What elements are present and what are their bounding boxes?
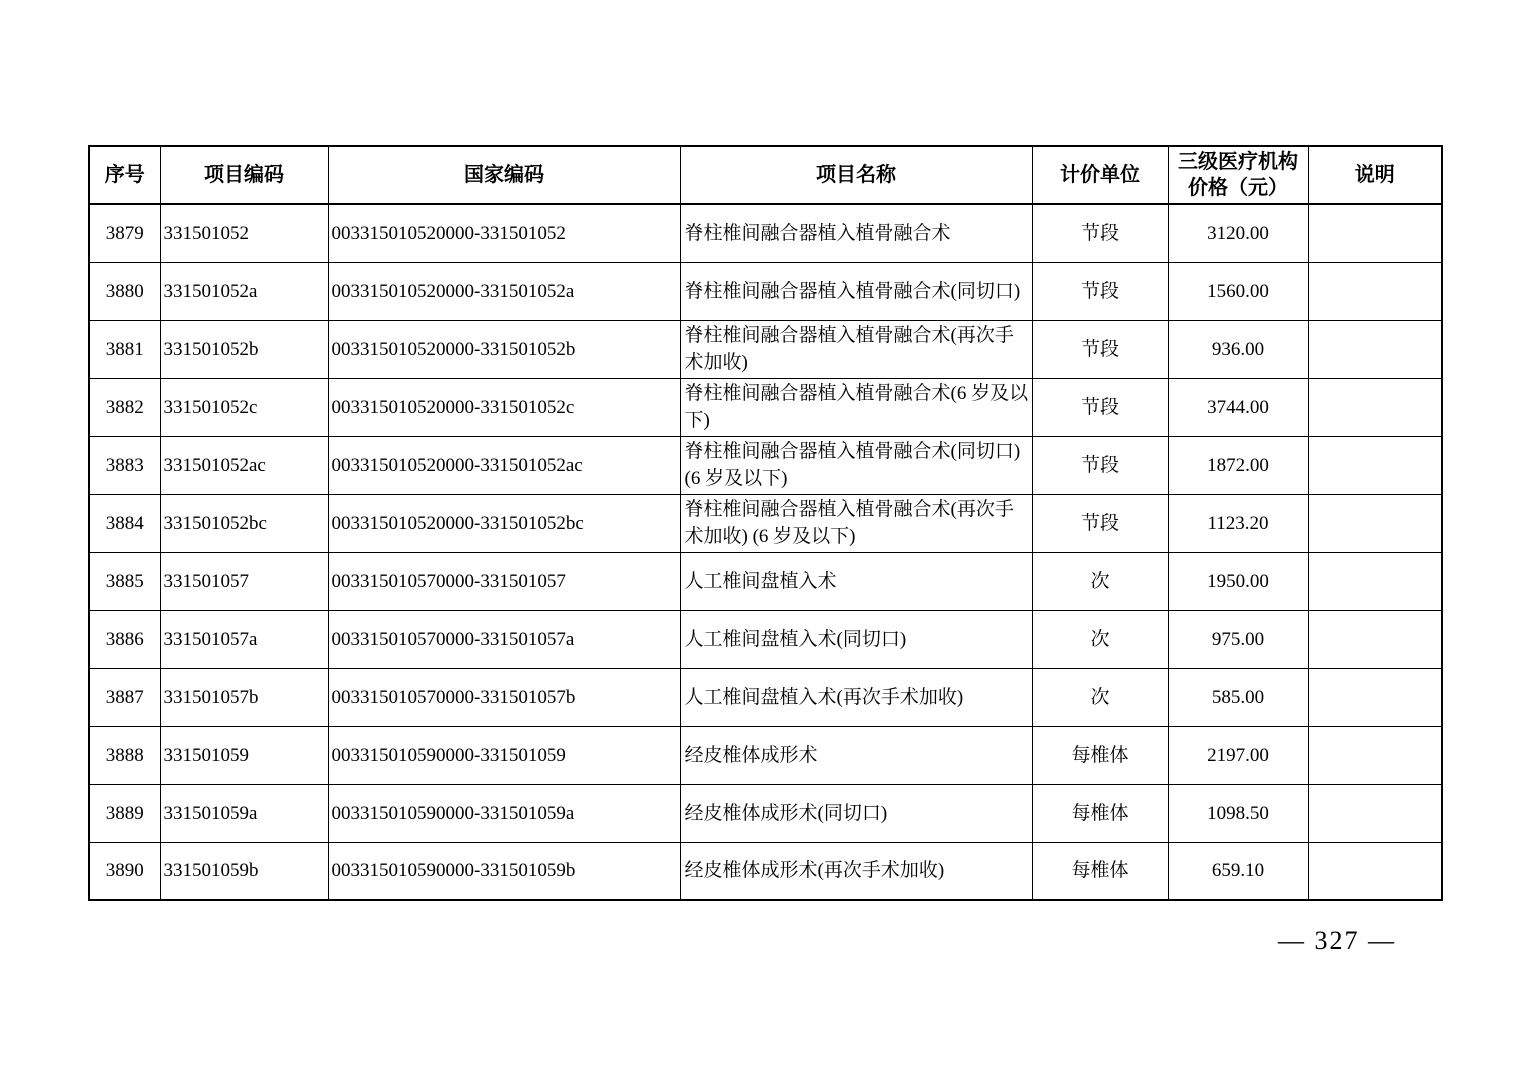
item-name-cell: 人工椎间盘植入术(同切口) — [680, 610, 1032, 668]
header-seq: 序号 — [89, 146, 160, 204]
table-row: 3887 331501057b 003315010570000-33150105… — [89, 668, 1442, 726]
table-row: 3883 331501052ac 003315010520000-3315010… — [89, 436, 1442, 494]
seq-cell: 3888 — [89, 726, 160, 784]
seq-cell: 3886 — [89, 610, 160, 668]
table-body: 3879 331501052 003315010520000-331501052… — [89, 204, 1442, 900]
unit-cell: 每椎体 — [1032, 842, 1168, 900]
header-row: 序号 项目编码 国家编码 项目名称 计价单位 三级医疗机构 价格（元） 说明 — [89, 146, 1442, 204]
item-code-cell: 331501057 — [160, 552, 328, 610]
price-cell: 2197.00 — [1168, 726, 1308, 784]
note-cell — [1308, 320, 1442, 378]
item-name-cell: 人工椎间盘植入术 — [680, 552, 1032, 610]
price-cell: 3120.00 — [1168, 204, 1308, 262]
price-cell: 1950.00 — [1168, 552, 1308, 610]
seq-cell: 3884 — [89, 494, 160, 552]
price-cell: 1560.00 — [1168, 262, 1308, 320]
item-name-cell: 脊柱椎间融合器植入植骨融合术(6 岁及以下) — [680, 378, 1032, 436]
item-name-cell: 脊柱椎间融合器植入植骨融合术 — [680, 204, 1032, 262]
national-code-cell: 003315010520000-331501052 — [328, 204, 680, 262]
price-cell: 3744.00 — [1168, 378, 1308, 436]
header-item-code: 项目编码 — [160, 146, 328, 204]
table-row: 3882 331501052c 003315010520000-33150105… — [89, 378, 1442, 436]
item-name-cell: 经皮椎体成形术(再次手术加收) — [680, 842, 1032, 900]
national-code-cell: 003315010520000-331501052a — [328, 262, 680, 320]
national-code-cell: 003315010590000-331501059b — [328, 842, 680, 900]
seq-cell: 3890 — [89, 842, 160, 900]
price-cell: 585.00 — [1168, 668, 1308, 726]
item-code-cell: 331501059b — [160, 842, 328, 900]
unit-cell: 节段 — [1032, 320, 1168, 378]
national-code-cell: 003315010590000-331501059a — [328, 784, 680, 842]
national-code-cell: 003315010520000-331501052ac — [328, 436, 680, 494]
unit-cell: 次 — [1032, 668, 1168, 726]
header-price-line1: 三级医疗机构 — [1169, 149, 1308, 175]
item-code-cell: 331501052ac — [160, 436, 328, 494]
header-national-code: 国家编码 — [328, 146, 680, 204]
national-code-cell: 003315010590000-331501059 — [328, 726, 680, 784]
note-cell — [1308, 668, 1442, 726]
document-page: 序号 项目编码 国家编码 项目名称 计价单位 三级医疗机构 价格（元） 说明 3… — [0, 0, 1520, 1074]
item-code-cell: 331501052a — [160, 262, 328, 320]
note-cell — [1308, 378, 1442, 436]
unit-cell: 次 — [1032, 610, 1168, 668]
national-code-cell: 003315010520000-331501052c — [328, 378, 680, 436]
page-number: — 327 — — [1278, 926, 1396, 956]
table-row: 3884 331501052bc 003315010520000-3315010… — [89, 494, 1442, 552]
table-row: 3880 331501052a 003315010520000-33150105… — [89, 262, 1442, 320]
price-cell: 975.00 — [1168, 610, 1308, 668]
item-code-cell: 331501059a — [160, 784, 328, 842]
table-row: 3888 331501059 003315010590000-331501059… — [89, 726, 1442, 784]
item-code-cell: 331501052b — [160, 320, 328, 378]
seq-cell: 3885 — [89, 552, 160, 610]
item-code-cell: 331501059 — [160, 726, 328, 784]
price-cell: 936.00 — [1168, 320, 1308, 378]
table-row: 3881 331501052b 003315010520000-33150105… — [89, 320, 1442, 378]
item-code-cell: 331501057b — [160, 668, 328, 726]
note-cell — [1308, 726, 1442, 784]
note-cell — [1308, 552, 1442, 610]
table-row: 3879 331501052 003315010520000-331501052… — [89, 204, 1442, 262]
price-cell: 1123.20 — [1168, 494, 1308, 552]
table-row: 3890 331501059b 003315010590000-33150105… — [89, 842, 1442, 900]
item-code-cell: 331501057a — [160, 610, 328, 668]
seq-cell: 3881 — [89, 320, 160, 378]
seq-cell: 3883 — [89, 436, 160, 494]
unit-cell: 每椎体 — [1032, 726, 1168, 784]
national-code-cell: 003315010570000-331501057 — [328, 552, 680, 610]
national-code-cell: 003315010570000-331501057a — [328, 610, 680, 668]
table-row: 3886 331501057a 003315010570000-33150105… — [89, 610, 1442, 668]
table-row: 3885 331501057 003315010570000-331501057… — [89, 552, 1442, 610]
seq-cell: 3887 — [89, 668, 160, 726]
seq-cell: 3879 — [89, 204, 160, 262]
item-code-cell: 331501052 — [160, 204, 328, 262]
item-name-cell: 脊柱椎间融合器植入植骨融合术(同切口) (6 岁及以下) — [680, 436, 1032, 494]
national-code-cell: 003315010520000-331501052b — [328, 320, 680, 378]
table-row: 3889 331501059a 003315010590000-33150105… — [89, 784, 1442, 842]
table-header: 序号 项目编码 国家编码 项目名称 计价单位 三级医疗机构 价格（元） 说明 — [89, 146, 1442, 204]
note-cell — [1308, 494, 1442, 552]
national-code-cell: 003315010570000-331501057b — [328, 668, 680, 726]
item-name-cell: 人工椎间盘植入术(再次手术加收) — [680, 668, 1032, 726]
item-name-cell: 脊柱椎间融合器植入植骨融合术(同切口) — [680, 262, 1032, 320]
item-code-cell: 331501052c — [160, 378, 328, 436]
medical-price-table: 序号 项目编码 国家编码 项目名称 计价单位 三级医疗机构 价格（元） 说明 3… — [88, 145, 1443, 901]
note-cell — [1308, 436, 1442, 494]
header-item-name: 项目名称 — [680, 146, 1032, 204]
unit-cell: 节段 — [1032, 378, 1168, 436]
price-cell: 659.10 — [1168, 842, 1308, 900]
unit-cell: 每椎体 — [1032, 784, 1168, 842]
unit-cell: 节段 — [1032, 262, 1168, 320]
header-note: 说明 — [1308, 146, 1442, 204]
header-unit: 计价单位 — [1032, 146, 1168, 204]
header-price: 三级医疗机构 价格（元） — [1168, 146, 1308, 204]
unit-cell: 节段 — [1032, 494, 1168, 552]
price-cell: 1872.00 — [1168, 436, 1308, 494]
note-cell — [1308, 204, 1442, 262]
seq-cell: 3889 — [89, 784, 160, 842]
item-name-cell: 经皮椎体成形术 — [680, 726, 1032, 784]
unit-cell: 节段 — [1032, 204, 1168, 262]
note-cell — [1308, 784, 1442, 842]
seq-cell: 3882 — [89, 378, 160, 436]
national-code-cell: 003315010520000-331501052bc — [328, 494, 680, 552]
seq-cell: 3880 — [89, 262, 160, 320]
price-cell: 1098.50 — [1168, 784, 1308, 842]
unit-cell: 节段 — [1032, 436, 1168, 494]
note-cell — [1308, 610, 1442, 668]
item-code-cell: 331501052bc — [160, 494, 328, 552]
item-name-cell: 经皮椎体成形术(同切口) — [680, 784, 1032, 842]
item-name-cell: 脊柱椎间融合器植入植骨融合术(再次手术加收) — [680, 320, 1032, 378]
header-price-line2: 价格（元） — [1169, 175, 1308, 201]
unit-cell: 次 — [1032, 552, 1168, 610]
note-cell — [1308, 262, 1442, 320]
item-name-cell: 脊柱椎间融合器植入植骨融合术(再次手术加收) (6 岁及以下) — [680, 494, 1032, 552]
note-cell — [1308, 842, 1442, 900]
